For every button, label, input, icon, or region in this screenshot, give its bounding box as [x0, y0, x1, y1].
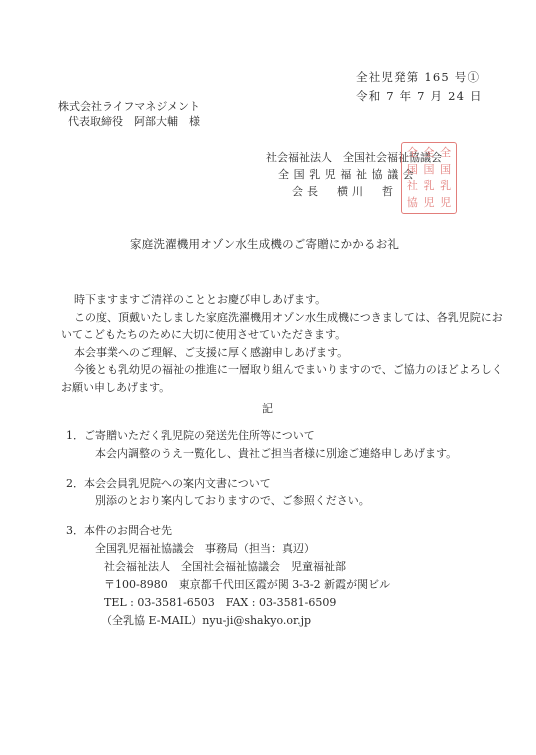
contact-phone-fax: TEL : 03-3581-6503 FAX : 03-3581-6509 — [104, 596, 336, 610]
body-paragraph-line: お願い申しあげます。 — [61, 381, 170, 395]
seal-char: 児 — [437, 195, 454, 212]
contact-organization: 社会福祉法人 全国社会福祉協議会 児童福祉部 — [104, 560, 346, 574]
addressee-representative: 代表取締役 阿部大輔 様 — [68, 115, 200, 129]
addressee-company: 株式会社ライフマネジメント — [58, 100, 200, 114]
official-seal-stamp: 全 全 全 国 国 国 社 乳 乳 協 児 児 — [401, 142, 457, 214]
seal-char: 全 — [437, 145, 454, 162]
item-1-heading: 1．ご寄贈いただく乳児院の発送先住所等について — [66, 429, 315, 443]
item-2-detail: 別添のとおり案内しておりますので、ご参照ください。 — [95, 494, 370, 508]
seal-char: 協 — [404, 195, 421, 212]
body-paragraph-line: 時下ますますご清祥のこととお慶び申しあげます。 — [74, 293, 326, 307]
contact-address: 〒100-8980 東京都千代田区霞が関 3-3-2 新霞が関ビル — [104, 578, 390, 592]
seal-char: 国 — [421, 162, 438, 179]
seal-char: 国 — [437, 162, 454, 179]
document-page: 全社児発第 165 号① 令和 7 年 7 月 24 日 株式会社ライフマネジメ… — [0, 0, 536, 755]
document-date: 令和 7 年 7 月 24 日 — [356, 89, 483, 103]
ki-heading: 記 — [262, 402, 273, 416]
item-1-detail: 本会内調整のうえ一覧化し、貴社ご担当者様に別途ご連絡申しあげます。 — [95, 447, 457, 461]
body-paragraph-line: 本会事業へのご理解、ご支援に厚く感謝申しあげます。 — [74, 346, 348, 360]
contact-email: （全乳協 E-MAIL）nyu-ji@shakyo.or.jp — [101, 614, 311, 628]
body-paragraph-line: この度、頂戴いたしました家庭洗濯機用オゾン水生成機につきましては、各乳児院にお — [74, 311, 503, 325]
contact-office: 全国乳児福祉協議会 事務局（担当：真辺） — [95, 542, 315, 556]
item-3-heading: 3．本件のお問合せ先 — [66, 524, 172, 538]
seal-char: 全 — [404, 145, 421, 162]
seal-char: 児 — [421, 195, 438, 212]
item-2-heading: 2．本会会員乳児院への案内文書について — [66, 477, 271, 491]
document-title: 家庭洗濯機用オゾン水生成機のご寄贈にかかるお礼 — [130, 237, 399, 251]
body-paragraph-line: 今後とも乳幼児の福祉の推進に一層取り組んでまいりますので、ご協力のほどよろしく — [74, 363, 503, 377]
seal-char: 全 — [421, 145, 438, 162]
sender-council: 全国乳児福祉協議会 — [278, 168, 418, 182]
reference-number: 全社児発第 165 号① — [356, 70, 480, 84]
seal-char: 国 — [404, 162, 421, 179]
seal-char: 乳 — [421, 178, 438, 195]
body-paragraph-line: いてこどもたちのために大切に使用させていただきます。 — [61, 328, 346, 342]
sender-president: 会長 横川 哲 — [292, 185, 397, 199]
seal-char: 乳 — [437, 178, 454, 195]
seal-char: 社 — [404, 178, 421, 195]
